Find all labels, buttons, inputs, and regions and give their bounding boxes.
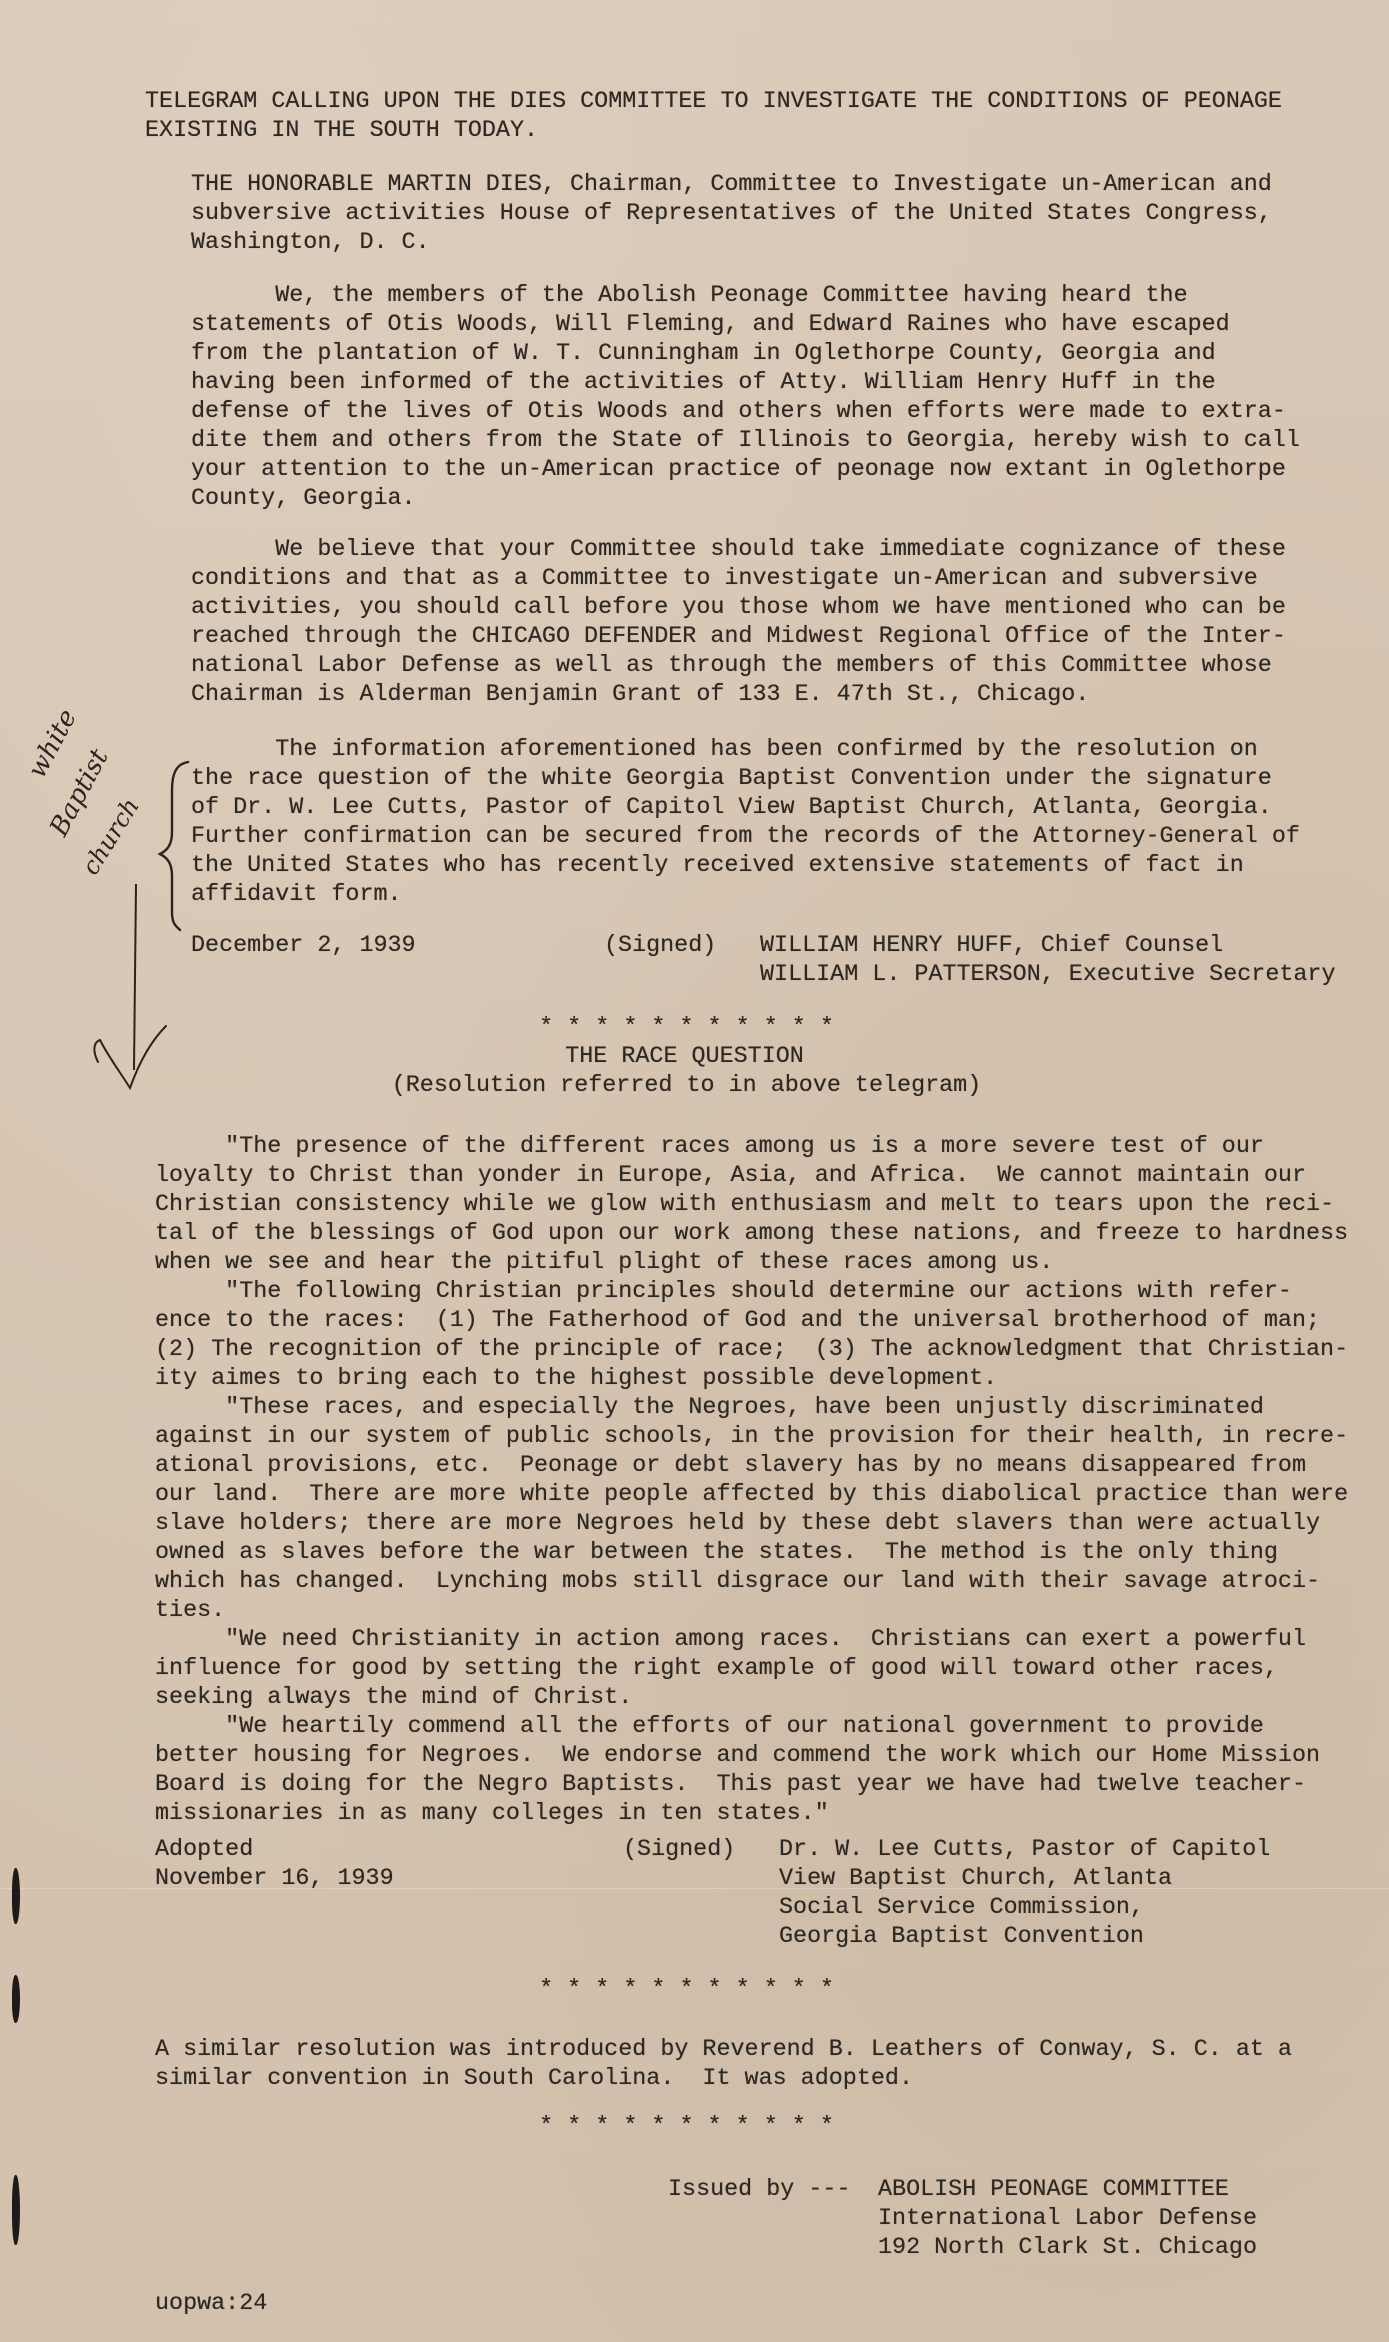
signer-line: Social Service Commission, <box>779 1894 1270 1923</box>
paragraph-line: "We heartily commend all the efforts of … <box>155 1713 1320 1742</box>
paragraph-line: slave holders; there are more Negroes he… <box>155 1510 1348 1539</box>
paragraph-line: from the plantation of W. T. Cunningham … <box>191 340 1300 369</box>
paragraph-line: ties. <box>155 1597 1348 1626</box>
paragraph-line: "These races, and especially the Negroes… <box>155 1394 1348 1423</box>
signer-line: Dr. W. Lee Cutts, Pastor of Capitol <box>779 1836 1270 1865</box>
paragraph-line: owned as slaves before the war between t… <box>155 1539 1348 1568</box>
paragraph-line: Further confirmation can be secured from… <box>191 823 1300 852</box>
paragraph-line: which has changed. Lynching mobs still d… <box>155 1568 1348 1597</box>
paragraph-line: of Dr. W. Lee Cutts, Pastor of Capitol V… <box>191 794 1300 823</box>
telegram-signers: WILLIAM HENRY HUFF, Chief Counsel WILLIA… <box>760 932 1336 990</box>
issuing-organization: ABOLISH PEONAGE COMMITTEE International … <box>878 2176 1257 2263</box>
adopted-label: Adopted <box>155 1836 394 1865</box>
paragraph-line: Christian consistency while we glow with… <box>155 1191 1348 1220</box>
resolution-signed-label: (Signed) <box>623 1836 735 1865</box>
asterisk-separator: * * * * * * * * * * * <box>0 1014 1381 1043</box>
paragraph-line: the race question of the white Georgia B… <box>191 765 1300 794</box>
telegram-paragraph-1: We, the members of the Abolish Peonage C… <box>191 282 1300 514</box>
issued-by-label: Issued by --- <box>668 2176 850 2205</box>
paragraph-line: ity aimes to bring each to the highest p… <box>155 1365 1348 1394</box>
signer-line: WILLIAM HENRY HUFF, Chief Counsel <box>760 932 1336 961</box>
paragraph-line: conditions and that as a Committee to in… <box>191 565 1286 594</box>
paragraph-line: loyalty to Christ than yonder in Europe,… <box>155 1162 1348 1191</box>
resolution-paragraph-4: "We need Christianity in action among ra… <box>155 1626 1306 1713</box>
paragraph-line: Board is doing for the Negro Baptists. T… <box>155 1771 1320 1800</box>
paragraph-line: We believe that your Committee should ta… <box>191 536 1286 565</box>
paragraph-line: County, Georgia. <box>191 485 1300 514</box>
paragraph-line: similar convention in South Carolina. It… <box>155 2065 1292 2094</box>
resolution-paragraph-5: "We heartily commend all the efforts of … <box>155 1713 1320 1829</box>
paragraph-line: "The following Christian principles shou… <box>155 1278 1348 1307</box>
addressee-line: Washington, D. C. <box>191 229 1272 258</box>
telegram-paragraph-3: The information aforementioned has been … <box>191 736 1300 910</box>
paragraph-line: when we see and hear the pitiful plight … <box>155 1249 1348 1278</box>
paragraph-line: missionaries in as many colleges in ten … <box>155 1800 1320 1829</box>
telegram-date: December 2, 1939 <box>191 932 416 961</box>
resolution-paragraph-2: "The following Christian principles shou… <box>155 1278 1348 1394</box>
paragraph-line: ational provisions, etc. Peonage or debt… <box>155 1452 1348 1481</box>
paragraph-line: "The presence of the different races amo… <box>155 1133 1348 1162</box>
asterisk-separator: * * * * * * * * * * * <box>0 1976 1381 2005</box>
paragraph-line: tal of the blessings of God upon our wor… <box>155 1220 1348 1249</box>
org-line: 192 North Clark St. Chicago <box>878 2234 1257 2263</box>
paragraph-line: defense of the lives of Otis Woods and o… <box>191 398 1300 427</box>
addressee-block: THE HONORABLE MARTIN DIES, Chairman, Com… <box>191 171 1272 258</box>
paragraph-line: affidavit form. <box>191 881 1300 910</box>
resolution-paragraph-3: "These races, and especially the Negroes… <box>155 1394 1348 1626</box>
paragraph-line: Chairman is Alderman Benjamin Grant of 1… <box>191 681 1286 710</box>
paragraph-line: seeking always the mind of Christ. <box>155 1684 1306 1713</box>
resolution-heading: THE RACE QUESTION <box>0 1043 1379 1072</box>
paragraph-line: "We need Christianity in action among ra… <box>155 1626 1306 1655</box>
paragraph-line: activities, you should call before you t… <box>191 594 1286 623</box>
signer-line: Georgia Baptist Convention <box>779 1923 1270 1952</box>
paragraph-line: against in our system of public schools,… <box>155 1423 1348 1452</box>
paragraph-line: national Labor Defense as well as throug… <box>191 652 1286 681</box>
paragraph-line: your attention to the un-American practi… <box>191 456 1300 485</box>
similar-resolution-note: A similar resolution was introduced by R… <box>155 2036 1292 2094</box>
paragraph-line: We, the members of the Abolish Peonage C… <box>191 282 1300 311</box>
addressee-line: THE HONORABLE MARTIN DIES, Chairman, Com… <box>191 171 1272 200</box>
paragraph-line: (2) The recognition of the principle of … <box>155 1336 1348 1365</box>
paragraph-line: ence to the races: (1) The Fatherhood of… <box>155 1307 1348 1336</box>
org-line: ABOLISH PEONAGE COMMITTEE <box>878 2176 1257 2205</box>
archive-identifier: uopwa:24 <box>155 2290 267 2319</box>
paragraph-line: our land. There are more white people af… <box>155 1481 1348 1510</box>
telegram-paragraph-2: We believe that your Committee should ta… <box>191 536 1286 710</box>
resolution-subheading: (Resolution referred to in above telegra… <box>0 1072 1381 1101</box>
paragraph-line: better housing for Negroes. We endorse a… <box>155 1742 1320 1771</box>
document-title: TELEGRAM CALLING UPON THE DIES COMMITTEE… <box>145 88 1282 146</box>
asterisk-separator: * * * * * * * * * * * <box>0 2113 1381 2142</box>
signer-line: View Baptist Church, Atlanta <box>779 1865 1270 1894</box>
paragraph-line: the United States who has recently recei… <box>191 852 1300 881</box>
paragraph-line: The information aforementioned has been … <box>191 736 1300 765</box>
org-line: International Labor Defense <box>878 2205 1257 2234</box>
adopted-date: November 16, 1939 <box>155 1865 394 1894</box>
signed-label: (Signed) <box>604 932 716 961</box>
title-line: EXISTING IN THE SOUTH TODAY. <box>145 117 1282 146</box>
addressee-line: subversive activities House of Represent… <box>191 200 1272 229</box>
title-line: TELEGRAM CALLING UPON THE DIES COMMITTEE… <box>145 88 1282 117</box>
resolution-signer: Dr. W. Lee Cutts, Pastor of Capitol View… <box>779 1836 1270 1952</box>
paragraph-line: influence for good by setting the right … <box>155 1655 1306 1684</box>
paragraph-line: having been informed of the activities o… <box>191 369 1300 398</box>
signer-line: WILLIAM L. PATTERSON, Executive Secretar… <box>760 961 1336 990</box>
paragraph-line: dite them and others from the State of I… <box>191 427 1300 456</box>
adopted-block: Adopted November 16, 1939 <box>155 1836 394 1894</box>
paragraph-line: statements of Otis Woods, Will Fleming, … <box>191 311 1300 340</box>
binding-mark <box>12 2175 20 2245</box>
paragraph-line: reached through the CHICAGO DEFENDER and… <box>191 623 1286 652</box>
paragraph-line: A similar resolution was introduced by R… <box>155 2036 1292 2065</box>
resolution-paragraph-1: "The presence of the different races amo… <box>155 1133 1348 1278</box>
binding-mark <box>12 1868 20 1924</box>
